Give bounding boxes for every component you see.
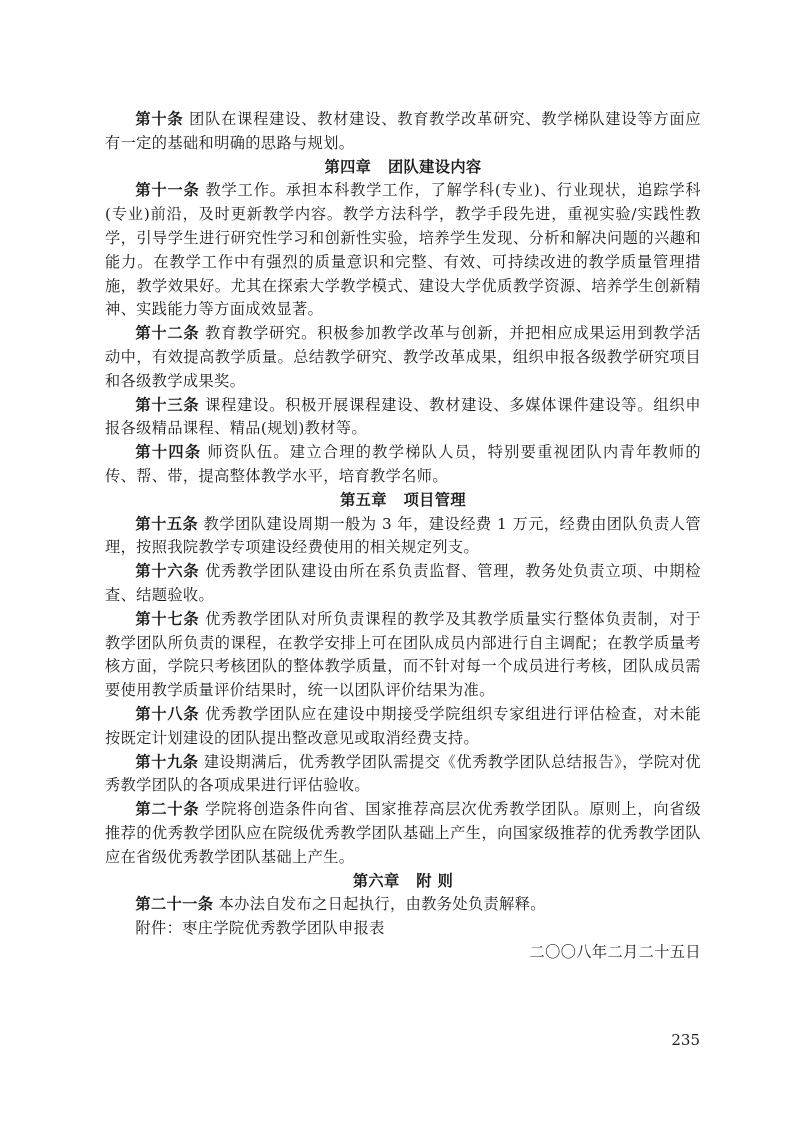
attachment-note: 附件：枣庄学院优秀教学团队申报表 [105, 917, 701, 941]
article-13: 第十三条 课程建设。积极开展课程建设、教材建设、多媒体课件建设等。组织申报各级精… [105, 394, 701, 442]
article-14: 第十四条 师资队伍。建立合理的教学梯队人员，特别要重视团队内青年教师的传、帮、带… [105, 441, 701, 489]
chapter-title: 附 则 [416, 872, 453, 890]
article-label: 第十三条 [135, 396, 199, 414]
article-15: 第十五条 教学团队建设周期一般为 3 年，建设经费 1 万元，经费由团队负责人管… [105, 513, 701, 561]
article-label: 第十九条 [135, 753, 198, 771]
article-label: 第十二条 [135, 324, 199, 342]
article-19: 第十九条 建设期满后，优秀教学团队需提交《优秀教学团队总结报告》，学院对优秀教学… [105, 751, 701, 799]
article-label: 第十一条 [135, 181, 199, 199]
article-label: 第十七条 [135, 610, 199, 628]
article-10: 第十条 团队在课程建设、教材建设、教育教学改革研究、教学梯队建设等方面应有一定的… [105, 108, 701, 156]
issue-date: 二〇〇八年二月二十五日 [105, 941, 701, 965]
document-body: 第十条 团队在课程建设、教材建设、教育教学改革研究、教学梯队建设等方面应有一定的… [105, 108, 701, 965]
article-17: 第十七条 优秀教学团队对所负责课程的教学及其教学质量实行整体负责制，对于教学团队… [105, 608, 701, 703]
article-text: 团队在课程建设、教材建设、教育教学改革研究、教学梯队建设等方面应有一定的基础和明… [105, 110, 701, 152]
chapter-title: 团队建设内容 [388, 158, 482, 176]
article-11: 第十一条 教学工作。承担本科教学工作，了解学科(专业)、行业现状，追踪学科(专业… [105, 179, 701, 322]
chapter-heading-4: 第四章团队建设内容 [105, 156, 701, 180]
chapter-title: 项目管理 [404, 491, 466, 509]
article-21: 第二十一条 本办法自发布之日起执行，由教务处负责解释。 [105, 893, 701, 917]
article-12: 第十二条 教育教学研究。积极参加教学改革与创新，并把相应成果运用到教学活动中，有… [105, 322, 701, 393]
page-number: 235 [655, 1031, 700, 1049]
article-label: 第二十条 [135, 800, 199, 818]
chapter-heading-5: 第五章项目管理 [105, 489, 701, 513]
article-text: 本办法自发布之日起执行，由教务处负责解释。 [219, 895, 546, 913]
chapter-number: 第五章 [340, 491, 387, 509]
article-label: 第二十一条 [135, 895, 213, 913]
article-label: 第十六条 [135, 562, 199, 580]
article-label: 第十四条 [135, 443, 201, 461]
article-18: 第十八条 优秀教学团队应在建设中期接受学院组织专家组进行评估检查，对未能按既定计… [105, 703, 701, 751]
chapter-heading-6: 第六章附 则 [105, 870, 701, 894]
article-label: 第十条 [135, 110, 183, 128]
chapter-number: 第六章 [353, 872, 400, 890]
article-16: 第十六条 优秀教学团队建设由所在系负责监督、管理，教务处负责立项、中期检查、结题… [105, 560, 701, 608]
article-text: 教学工作。承担本科教学工作，了解学科(专业)、行业现状，追踪学科(专业)前沿，及… [105, 181, 701, 318]
chapter-number: 第四章 [324, 158, 371, 176]
article-20: 第二十条 学院将创造条件向省、国家推荐高层次优秀教学团队。原则上，向省级推荐的优… [105, 798, 701, 869]
article-label: 第十八条 [135, 705, 199, 723]
article-label: 第十五条 [135, 515, 198, 533]
